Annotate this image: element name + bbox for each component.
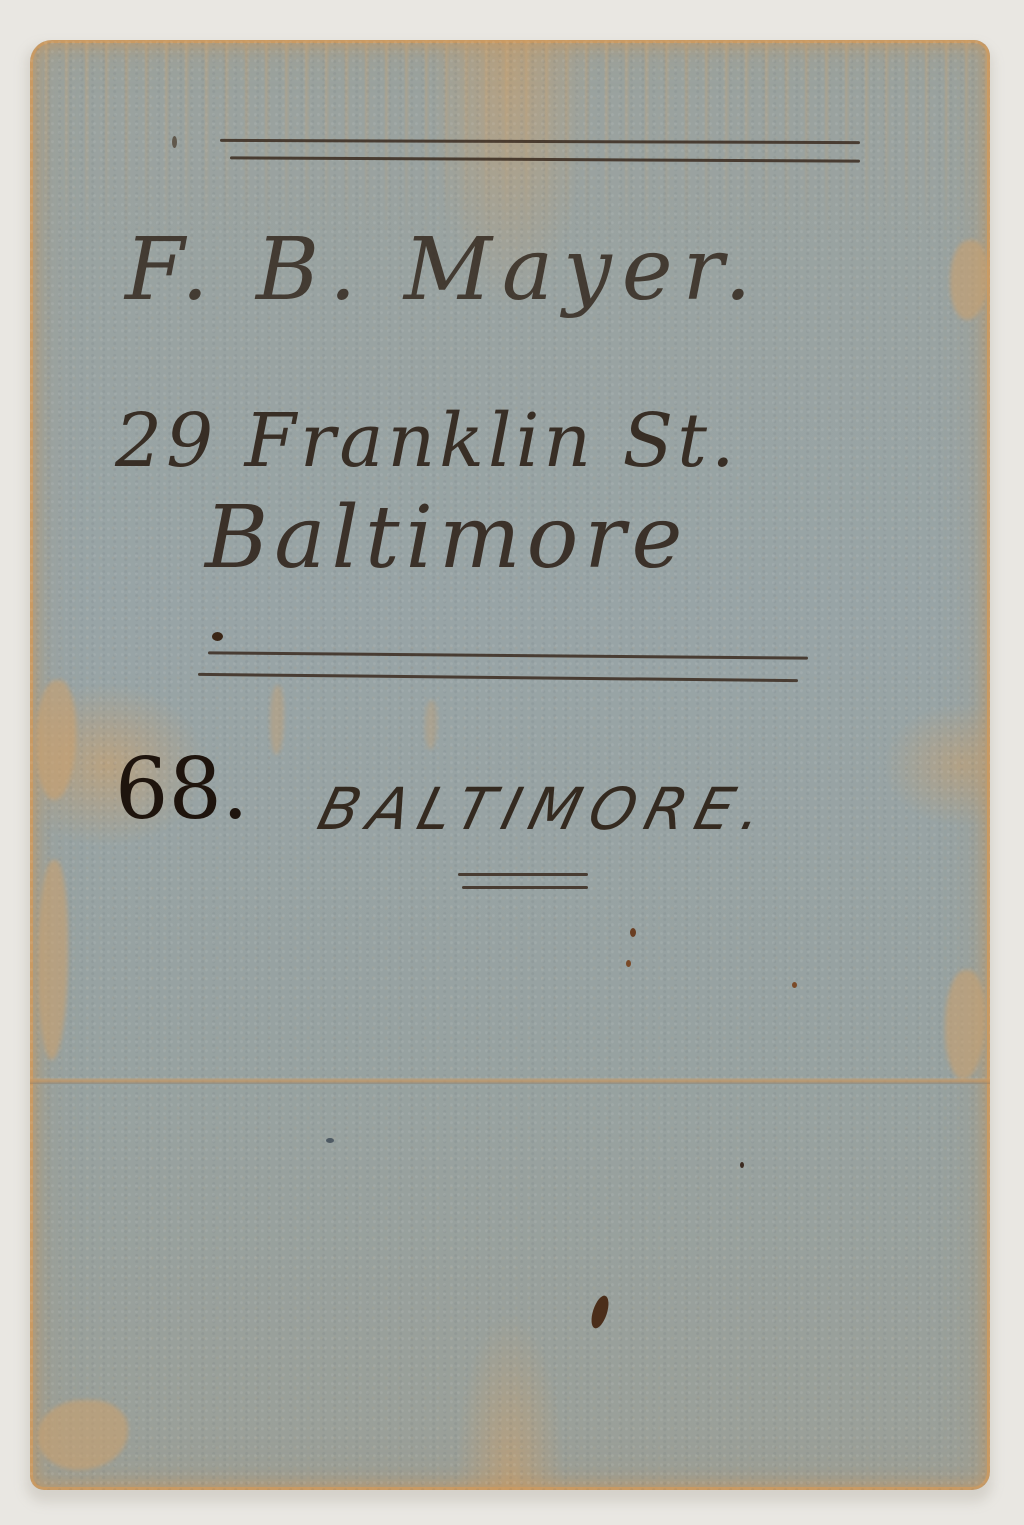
short-rule-lower — [462, 886, 588, 889]
wear-stain — [425, 700, 437, 750]
owner-city: Baltimore — [205, 488, 688, 588]
ink-speck — [740, 1162, 744, 1168]
middle-rule-upper — [208, 651, 808, 659]
owner-name: F. B. Mayer. — [125, 220, 762, 320]
booklet-cover: F. B. Mayer. 29 Franklin St. Baltimore 6… — [30, 40, 990, 1490]
top-rule-lower — [230, 156, 860, 162]
wear-stain — [950, 240, 988, 320]
short-rule-upper — [458, 873, 588, 876]
top-rule-upper — [220, 139, 860, 144]
catalog-number: 68. — [115, 740, 249, 838]
ink-dot — [212, 632, 223, 641]
ink-blot — [588, 1294, 612, 1331]
wear-stain — [36, 680, 76, 800]
wear-stain — [38, 1400, 128, 1470]
ink-speck — [630, 928, 636, 937]
ink-speck — [792, 982, 797, 988]
owner-street-address: 29 Franklin St. — [115, 398, 739, 484]
ink-speck — [626, 960, 631, 967]
ink-speck — [172, 136, 177, 148]
fold-crease — [30, 1078, 990, 1084]
wear-stain — [38, 860, 68, 1060]
wear-stain — [270, 685, 284, 755]
catalog-place: BALTIMORE. — [312, 775, 780, 843]
middle-rule-lower — [198, 673, 798, 682]
ink-speck — [326, 1138, 334, 1143]
wear-stain — [945, 970, 985, 1080]
